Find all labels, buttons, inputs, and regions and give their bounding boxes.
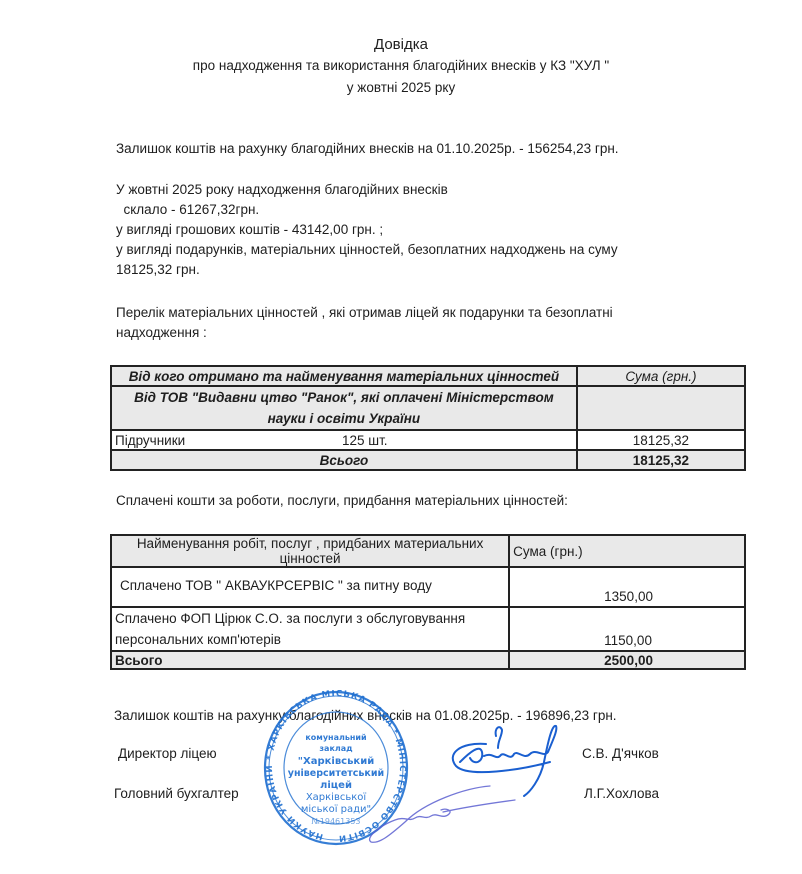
stamp-line-5: ліцей: [320, 780, 352, 791]
director-title: Директор ліцею: [118, 746, 217, 761]
expense-amount-1: 1350,00: [509, 567, 745, 607]
stamp-line-6: Харківської: [306, 791, 367, 803]
expense-name-2: Сплачено ФОП Цірюк С.О. за послуги з обс…: [111, 607, 509, 651]
expenses-table: Найменування робіт, послуг , придбаних м…: [110, 534, 746, 670]
expense-name-2-line-1: Сплачено ФОП Цірюк С.О. за послуги з обс…: [115, 608, 505, 629]
gifts-header-amount: Сума (грн.): [577, 366, 745, 386]
table-row: Сплачено ТОВ " АКВАУКРСЕРВІС " за питну …: [111, 567, 745, 607]
income-line-3: у вигляді грошових коштів - 43142,00 грн…: [116, 220, 383, 240]
stamp-line-3: "Харківський: [298, 756, 374, 767]
gifts-source-amount: [577, 386, 745, 430]
document-title: Довідка: [0, 36, 802, 53]
income-line-4: у вигляді подарунків, матеріальних цінно…: [116, 240, 618, 260]
gifts-item-amount: 18125,32: [577, 430, 745, 450]
expenses-header-amount: Сума (грн.): [509, 535, 745, 567]
stamp-line-2: заклад: [319, 744, 353, 753]
gifts-header-source: Від кого отримано та найменування матері…: [111, 366, 577, 386]
table-row: Підручники 125 шт. 18125,32: [111, 430, 745, 450]
expense-name-2-line-2: персональних комп'ютерів: [115, 629, 505, 650]
gifts-source-line-1: Від ТОВ "Видавни цтво "Ранок", які оплач…: [115, 387, 573, 408]
gifts-intro-line-2: надходження :: [116, 323, 207, 343]
gifts-total-label: Всього: [111, 450, 577, 470]
stamp-line-1: комунальний: [305, 733, 366, 742]
expense-name-1: Сплачено ТОВ " АКВАУКРСЕРВІС " за питну …: [111, 567, 509, 607]
income-line-2: склало - 61267,32грн.: [116, 200, 259, 220]
gifts-table-header: Від кого отримано та найменування матері…: [111, 366, 745, 386]
expenses-total-label: Всього: [111, 651, 509, 669]
expenses-intro: Сплачені кошти за роботи, послуги, придб…: [116, 491, 568, 511]
gifts-total-row: Всього 18125,32: [111, 450, 745, 470]
expenses-total-row: Всього 2500,00: [111, 651, 745, 669]
document-subtitle: про надходження та використання благодій…: [0, 58, 802, 73]
stamp-line-7: міської ради": [301, 803, 371, 815]
gifts-source-line-2: науки і освіти України: [115, 408, 573, 429]
expense-amount-2: 1150,00: [509, 607, 745, 651]
expenses-table-header: Найменування робіт, послуг , придбаних м…: [111, 535, 745, 567]
accountant-name: Л.Г.Хохлова: [584, 786, 659, 801]
gifts-source-row: Від ТОВ "Видавни цтво "Ранок", які оплач…: [111, 386, 745, 430]
gifts-table: Від кого отримано та найменування матері…: [110, 365, 746, 471]
gifts-source-cell: Від ТОВ "Видавни цтво "Ранок", які оплач…: [111, 386, 577, 430]
stamp-line-8: №19461353: [311, 817, 360, 826]
gifts-total-amount: 18125,32: [577, 450, 745, 470]
document-period: у жовтні 2025 рку: [0, 80, 802, 95]
director-name: С.В. Д'ячков: [582, 746, 659, 761]
income-line-1: У жовтні 2025 року надходження благодійн…: [116, 180, 448, 200]
gifts-intro-line-1: Перелік матеріальних цінностей , які отр…: [116, 303, 613, 323]
accountant-signature-icon: [365, 778, 525, 848]
expenses-total-amount: 2500,00: [509, 651, 745, 669]
opening-balance: Залишок коштів на рахунку благодійних вн…: [116, 139, 619, 159]
expenses-header-name: Найменування робіт, послуг , придбаних м…: [111, 535, 509, 567]
accountant-title: Головний бухгалтер: [114, 786, 239, 801]
income-line-5: 18125,32 грн.: [116, 260, 200, 280]
gifts-item-qty: 125 шт.: [342, 433, 388, 448]
gifts-item-cell: Підручники 125 шт.: [111, 430, 577, 450]
table-row: Сплачено ФОП Цірюк С.О. за послуги з обс…: [111, 607, 745, 651]
gifts-item-name: Підручники: [115, 433, 185, 448]
